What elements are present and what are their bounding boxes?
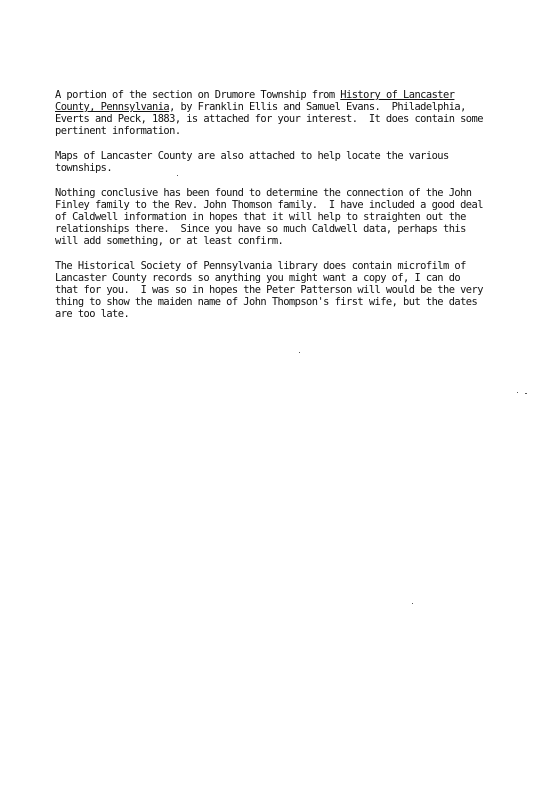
paragraph-history-reference: A portion of the section on Drumore Town… [55,89,525,137]
text-line: are too late. [55,308,525,320]
paragraph-historical-society: The Historical Society of Pennsylvania l… [55,260,525,320]
text-line: townships. [55,162,525,174]
text-line: Nothing conclusive has been found to det… [55,187,525,199]
text-line: of Caldwell information in hopes that it… [55,211,525,223]
scan-speck [184,154,185,155]
text-line: County, Pennsylvania, by Franklin Ellis … [55,101,525,113]
scan-speck [299,352,300,353]
scan-speck [525,393,527,394]
book-title-underlined: County, Pennsylvania [55,101,169,113]
text-line: will add something, or at least confirm. [55,235,525,247]
paragraph-finley-connection: Nothing conclusive has been found to det… [55,187,525,247]
text-line: Maps of Lancaster County are also attach… [55,150,525,162]
text-line: Finley family to the Rev. John Thomson f… [55,199,525,211]
text-line: Lancaster County records so anything you… [55,272,525,284]
text-line: Everts and Peck, 1883, is attached for y… [55,113,525,125]
line-text: A portion of the section on Drumore Town… [55,89,340,101]
text-line: relationships there. Since you have so m… [55,223,525,235]
text-line: pertinent information. [55,125,525,137]
text-line: thing to show the maiden name of John Th… [55,296,525,308]
scan-speck [177,175,178,176]
paragraph-maps: Maps of Lancaster County are also attach… [55,150,525,174]
scan-speck [517,392,518,393]
text-line: A portion of the section on Drumore Town… [55,89,525,101]
text-line: that for you. I was so in hopes the Pete… [55,284,525,296]
document-page: A portion of the section on Drumore Town… [0,0,540,789]
line-text: , by Franklin Ellis and Samuel Evans. Ph… [169,101,466,113]
book-title-underlined: History of Lancaster [340,89,454,101]
text-line: The Historical Society of Pennsylvania l… [55,260,525,272]
scan-speck [412,603,413,604]
